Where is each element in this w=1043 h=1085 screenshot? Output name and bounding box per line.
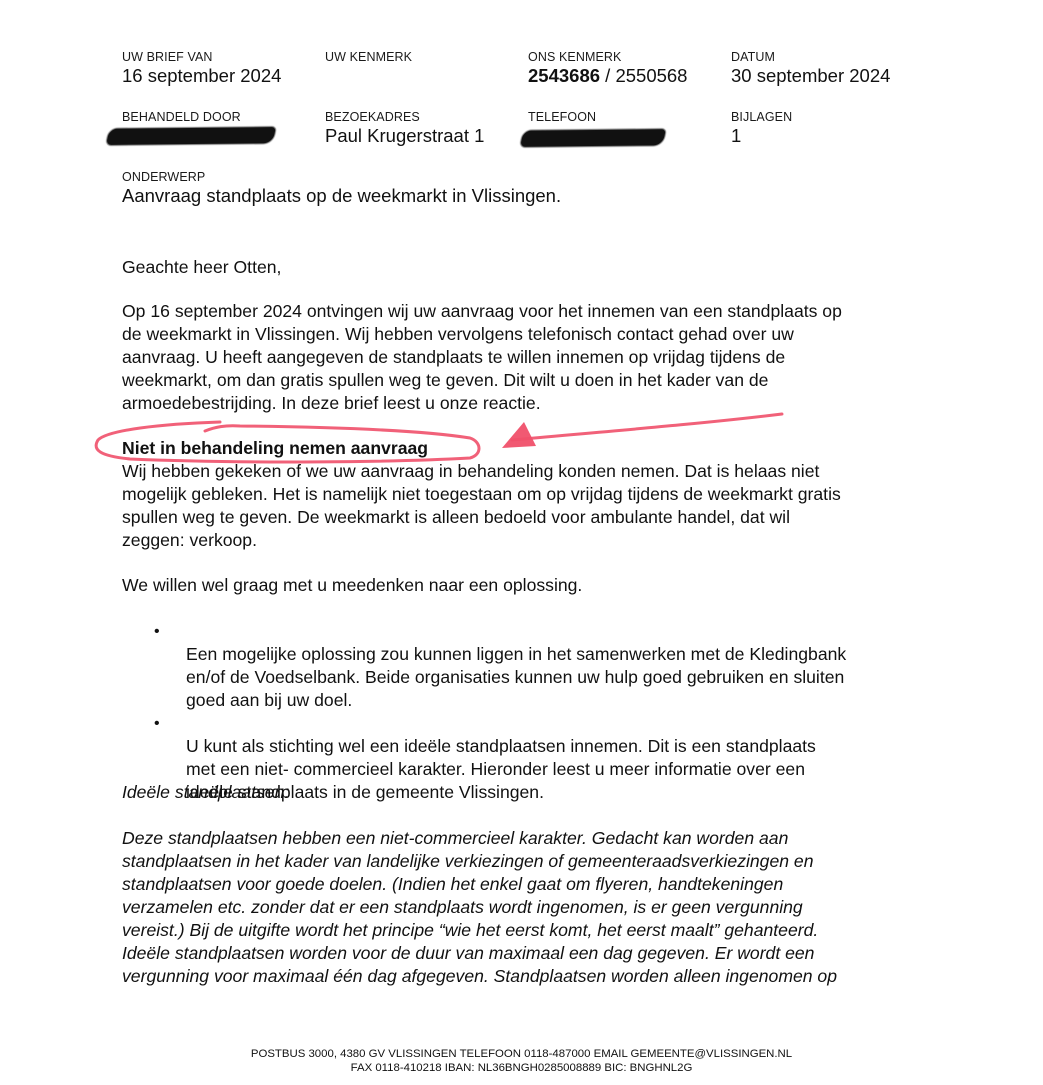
- meta-value: Paul Krugerstraat 1: [325, 125, 484, 147]
- bullet-icon: •: [154, 712, 160, 735]
- meta-label: ONS KENMERK: [528, 50, 621, 64]
- meta-label: BEHANDELD DOOR: [122, 110, 241, 124]
- think-along-paragraph: We willen wel graag met u meedenken naar…: [122, 574, 582, 597]
- meta-label: BEZOEKADRES: [325, 110, 420, 124]
- subject-label: ONDERWERP: [122, 170, 205, 184]
- list-item-text: Een mogelijke oplossing zou kunnen ligge…: [186, 644, 846, 710]
- salutation: Geachte heer Otten,: [122, 256, 281, 279]
- meta-label: DATUM: [731, 50, 775, 64]
- reference-number-bold: 2543686: [528, 65, 600, 86]
- meta-label: UW KENMERK: [325, 50, 412, 64]
- meta-value: 30 september 2024: [731, 65, 890, 87]
- annotation-arrow-line: [512, 414, 782, 440]
- intro-paragraph: Op 16 september 2024 ontvingen wij uw aa…: [122, 300, 842, 415]
- subject-value: Aanvraag standplaats op de weekmarkt in …: [122, 185, 561, 207]
- meta-value: 1: [731, 125, 741, 147]
- redacted-name: [106, 127, 276, 145]
- redacted-phone: [520, 129, 666, 146]
- ideal-heading: Ideële standplaatsen:: [122, 781, 289, 804]
- meta-label: UW BRIEF VAN: [122, 50, 213, 64]
- meta-label: BIJLAGEN: [731, 110, 792, 124]
- section-body: Wij hebben gekeken of we uw aanvraag in …: [122, 460, 841, 552]
- annotation-arrowhead: [502, 422, 536, 448]
- ideal-body: Deze standplaatsen hebben een niet-comme…: [122, 827, 837, 988]
- meta-value: 2543686 / 2550568: [528, 65, 687, 87]
- letter-footer: POSTBUS 3000, 4380 GV VLISSINGEN TELEFOO…: [0, 1047, 1043, 1075]
- reference-number-rest: / 2550568: [600, 65, 687, 86]
- section-heading: Niet in behandeling nemen aanvraag: [122, 437, 428, 460]
- bullet-icon: •: [154, 620, 160, 643]
- solution-list: •Een mogelijke oplossing zou kunnen ligg…: [122, 620, 846, 804]
- meta-label: TELEFOON: [528, 110, 596, 124]
- meta-value: 16 september 2024: [122, 65, 281, 87]
- list-item: •Een mogelijke oplossing zou kunnen ligg…: [122, 620, 846, 712]
